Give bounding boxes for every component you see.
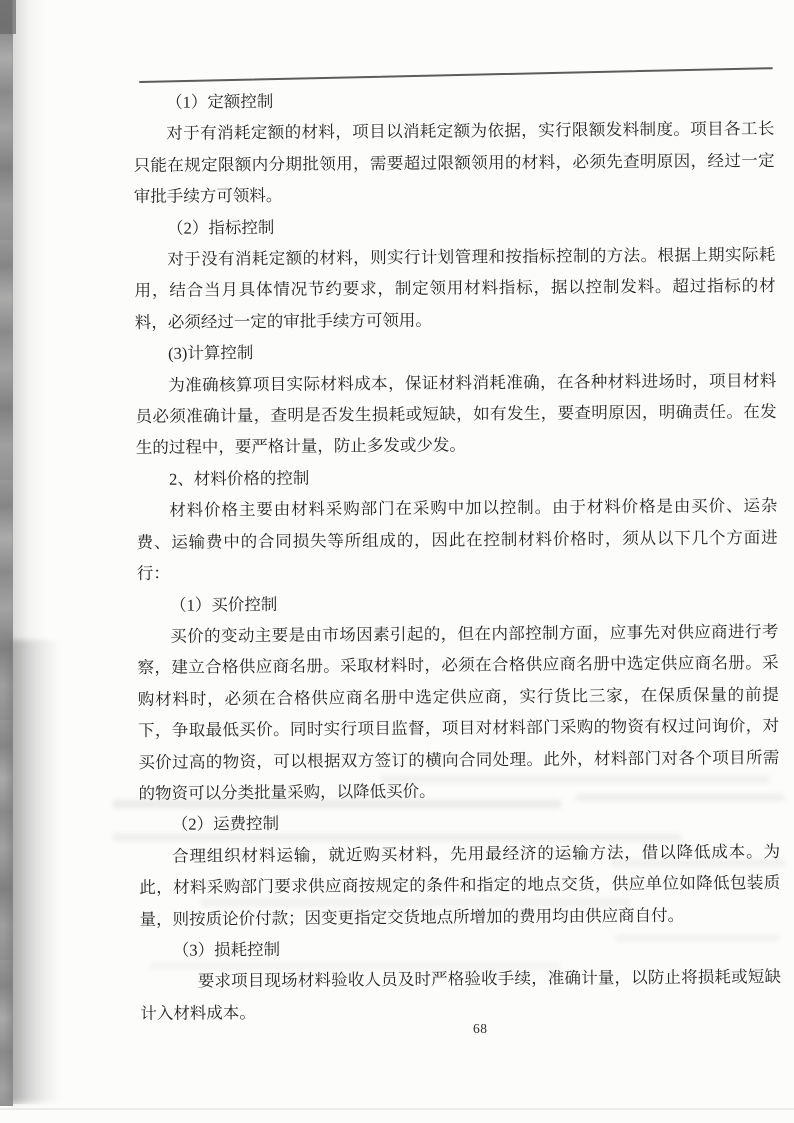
section-heading: （3）损耗控制 [140,930,781,966]
section-heading: （1）定额控制 [133,82,774,118]
section-heading: （2）指标控制 [134,208,775,244]
body-paragraph: 材料价格主要由材料采购部门在采购中加以控制。由于材料价格是由买价、运杂费、运输费… [136,490,778,589]
section-heading: (3)计算控制 [135,333,776,369]
section-heading: （1）买价控制 [137,584,778,620]
scan-page-edge [0,1108,794,1110]
scanned-page: （1）定额控制对于有消耗定额的材料，项目以消耗定额为依据，实行限额发料制度。项目… [0,0,794,1123]
body-paragraph: 买价的变动主要是由市场因素引起的，但在内部控制方面，应事先对供应商进行考察，建立… [137,616,779,809]
scan-bottom-shadow [8,640,60,1102]
document-body: （1）定额控制对于有消耗定额的材料，项目以消耗定额为依据，实行限额发料制度。项目… [133,82,781,1029]
body-paragraph: 对于没有消耗定额的材料，则实行计划管理和按指标控制的方法。根据上期实际耗用，结合… [134,239,776,338]
body-paragraph: 为准确核算项目实际材料成本，保证材料消耗准确，在各种材料进场时，项目材料员必须准… [135,365,777,464]
header-rule [139,67,773,83]
page-number: 68 [473,1021,488,1037]
body-paragraph: 对于有消耗定额的材料，项目以消耗定额为依据，实行限额发料制度。项目各工长只能在规… [133,113,775,212]
body-paragraph: 要求项目现场材料验收人员及时严格验收手续，准确计量，以防止将损耗或短缺计入材料成… [140,961,781,1029]
body-paragraph: 合理组织材料运输，就近购买材料，先用最经济的运输方法，借以降低成本。为此，材料采… [139,836,781,935]
section-heading: （2）运费控制 [139,804,780,840]
section-heading: 2、材料价格的控制 [136,459,777,495]
